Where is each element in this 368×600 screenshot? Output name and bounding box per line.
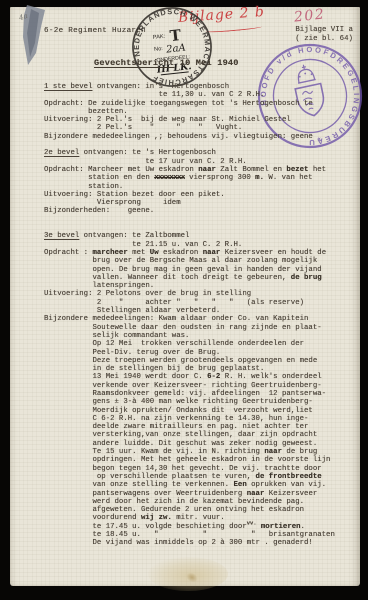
doc-line: werd door het zich in de kazemat bevinde… bbox=[44, 498, 356, 506]
doc-line: begon tegen 14,30 het gevecht. De vij. t… bbox=[44, 465, 356, 473]
doc-line: verkende over Keizersveer- richting Geer… bbox=[44, 382, 356, 390]
doc-line: pantserwagens over Weertruidenberg naar … bbox=[44, 490, 356, 498]
doc-line: Peel-Div. terug over de Brug. bbox=[44, 349, 356, 357]
doc-line: 13 Mei 1940 werdt door C. 6-2 R. H. welk… bbox=[44, 373, 356, 381]
document-body: 1 ste bevel ontvangen: in's Hertogenbosc… bbox=[44, 83, 356, 548]
doc-line: van onze stelling te verkennen. Een opru… bbox=[44, 481, 356, 489]
doc-line: selijk commandant was. bbox=[44, 332, 356, 340]
archive-stamp-no-value: 2aA bbox=[165, 43, 187, 56]
doc-line: Bijzonderheden: geene. bbox=[44, 207, 356, 215]
doc-line: gens ± 3-à 400 man welke richting Geertr… bbox=[44, 398, 356, 406]
doc-line: station. bbox=[44, 183, 356, 191]
doc-line: Uitvoering: 2 Pelotons over de brug in s… bbox=[44, 290, 356, 298]
doc-line: Op 12 Mei trokken verschillende onderdee… bbox=[44, 340, 356, 348]
doc-line: voordurend wij zw. mitr. vuur. bbox=[44, 514, 356, 522]
report-title-word: Gevechtsbericht bbox=[94, 58, 174, 68]
archive-stamp-no-label: No: bbox=[154, 46, 164, 53]
paper: 4a 6-2e Regiment Huzaren Bijlage 2 b 202… bbox=[10, 7, 360, 586]
doc-line: vallen. Wanneer dit toch dreigt te gebeu… bbox=[44, 274, 356, 282]
doc-line: Opdracht : marcheer met Uw eskadron naar… bbox=[44, 249, 356, 257]
doc-line: te 17.45 u. volgde beschieting doorvv. m… bbox=[44, 523, 356, 531]
scan-background: { "header": { "unit": "6-2e Regiment Huz… bbox=[0, 0, 368, 600]
doc-line bbox=[44, 216, 356, 224]
doc-line: open. De brug mag in geen geval in hande… bbox=[44, 266, 356, 274]
doc-line: Deze troepen werden grootendeels opgevan… bbox=[44, 357, 356, 365]
doc-line: station en den xxxxxxxx viersprong 300 m… bbox=[44, 174, 356, 182]
doc-line: versterking,van onze stellingen, daar zi… bbox=[44, 431, 356, 439]
doc-line: C 6-2 R.H. na zijn verkenning te 14.30, … bbox=[44, 415, 356, 423]
doc-line: op verschillende plaatsen te vuren, de f… bbox=[44, 473, 356, 481]
doc-line: De vijand was inmiddels op 2 à 300 mtr .… bbox=[44, 539, 356, 547]
doc-line: 3e bevel ontvangen: te Zaltbommel bbox=[44, 232, 356, 240]
attachment-line1: Bijlage VII a bbox=[295, 26, 353, 34]
doc-line: Moerdijk oprukten/ Ondanks dit verzocht … bbox=[44, 407, 356, 415]
doc-line: brug over de Bergsche Maas al daar zoola… bbox=[44, 257, 356, 265]
doc-line: opdringen. Met het geheele eskadron in d… bbox=[44, 456, 356, 464]
doc-line: Bijzondere mededeelingen ,; behoudens vi… bbox=[44, 133, 356, 141]
report-title-date: 10 Mei 1940 bbox=[174, 58, 238, 68]
report-title: Gevechtsbericht 10 Mei 1940 bbox=[94, 58, 239, 68]
doc-line: Opdracht: De zuidelijke toegangswegen to… bbox=[44, 100, 356, 108]
doc-line: Uitvoering: Station bezet door een piket… bbox=[44, 191, 356, 199]
doc-line: te 21.15 u. van C. 2 R.H. bbox=[44, 241, 356, 249]
doc-line: andere luidde. Dit geschut was zeker nod… bbox=[44, 440, 356, 448]
doc-line: te 11,30 u. van C 2 R.H. bbox=[44, 91, 356, 99]
doc-line: Bijzondere mededeelingen: Kwam aldaar on… bbox=[44, 315, 356, 323]
doc-line: te 17 uur van C. 2 R.H. bbox=[44, 158, 356, 166]
archive-stamp-pak-label: PAK: bbox=[153, 34, 166, 41]
doc-line: 2 " achter " " " " (als reserve) bbox=[44, 299, 356, 307]
archive-stamp: NEDERLANDSCH WEERMACHTSARCHIEF PAK: T No… bbox=[128, 3, 216, 91]
doc-line: 2e bevel ontvangen: te 's Hertogenbosch bbox=[44, 149, 356, 157]
doc-line: 2 Pel.'s " " " Vught. bbox=[44, 124, 356, 132]
doc-line: Soutewelle daar den oudsten in rang zijn… bbox=[44, 324, 356, 332]
page-number-annotation: 202 bbox=[293, 6, 326, 25]
doc-line: bezetten. bbox=[44, 108, 356, 116]
